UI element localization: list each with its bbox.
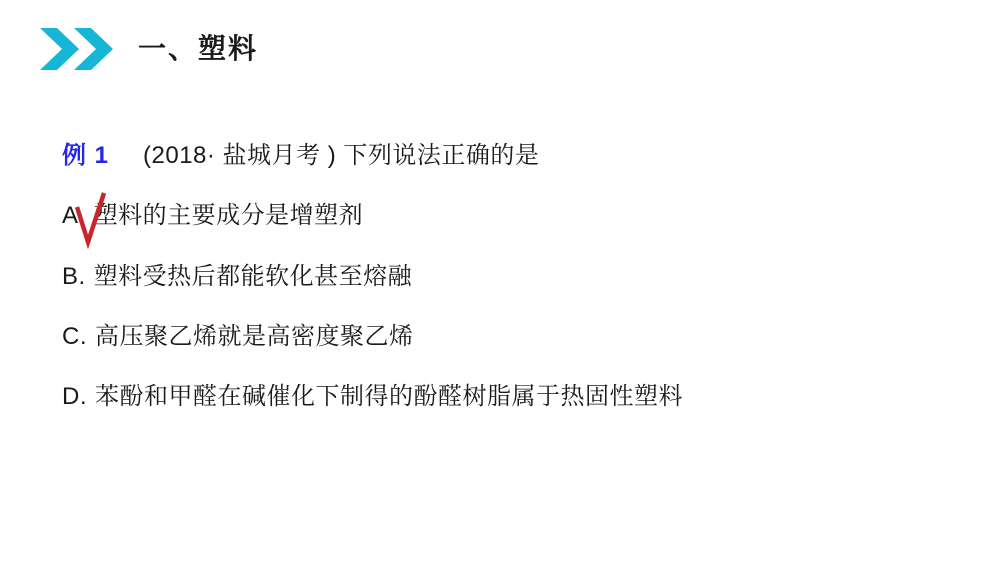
option-a: A.塑料的主要成分是增塑剂: [62, 200, 363, 232]
option-b-text: 塑料受热后都能软化甚至熔融: [94, 263, 413, 290]
example-question: (2018· 盐城月考 ) 下列说法正确的是: [143, 142, 539, 169]
option-a-label: A.: [62, 202, 86, 229]
option-d-label: D.: [62, 383, 87, 410]
option-b: B.塑料受热后都能软化甚至熔融: [62, 261, 412, 293]
option-a-text: 塑料的主要成分是增塑剂: [94, 202, 364, 229]
page-title: 一、塑料: [138, 28, 258, 70]
option-b-label: B.: [62, 263, 86, 290]
option-d-text: 苯酚和甲醛在碱催化下制得的酚醛树脂属于热固性塑料: [95, 383, 683, 410]
option-d: D.苯酚和甲醛在碱催化下制得的酚醛树脂属于热固性塑料: [62, 381, 683, 413]
slide: 一、塑料 例 1(2018· 盐城月考 ) 下列说法正确的是 A.塑料的主要成分…: [0, 0, 1000, 563]
option-c-label: C.: [62, 323, 87, 350]
example-line: 例 1(2018· 盐城月考 ) 下列说法正确的是: [62, 140, 539, 172]
slide-header: 一、塑料: [40, 28, 258, 70]
option-c-text: 高压聚乙烯就是高密度聚乙烯: [95, 323, 414, 350]
example-label: 例 1: [62, 142, 109, 169]
option-c: C.高压聚乙烯就是高密度聚乙烯: [62, 321, 414, 353]
double-chevron-right-icon: [40, 28, 114, 70]
